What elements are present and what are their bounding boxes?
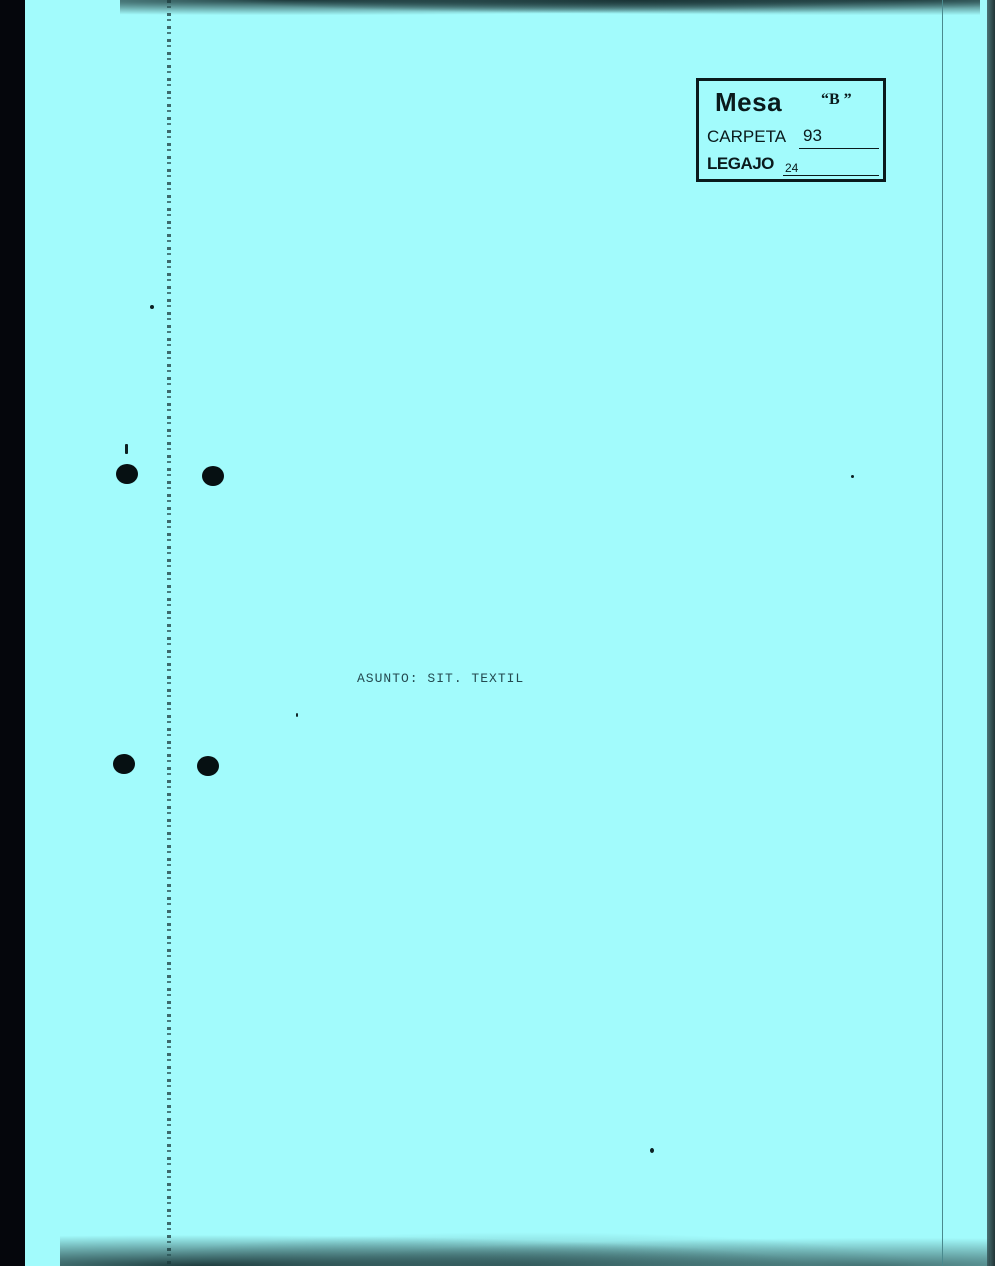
stamp-series: “B ” (821, 91, 852, 109)
speck (150, 305, 154, 309)
bottom-edge-wear (60, 1226, 990, 1266)
stamp-legajo-value: 24 (785, 161, 798, 175)
folder-fold-line (167, 0, 171, 1266)
stamp-carpeta-line (799, 148, 879, 149)
scan-right-border (987, 0, 995, 1266)
speck (296, 713, 298, 717)
subject-line: ASUNTO: SIT. TEXTIL (357, 671, 524, 686)
stamp-legajo-label: LEGAJO (707, 154, 774, 174)
stamp-title: Mesa (715, 87, 782, 118)
stamp-legajo-line (783, 175, 879, 176)
punch-hole (116, 464, 138, 484)
punch-hole (202, 466, 224, 486)
scan-left-border (0, 0, 25, 1266)
archive-stamp: Mesa “B ” CARPETA 93 LEGAJO 24 (696, 78, 886, 182)
stamp-carpeta-label: CARPETA (707, 127, 786, 147)
right-fold-line (942, 0, 943, 1266)
speck (650, 1148, 654, 1153)
speck (851, 475, 854, 478)
stamp-carpeta-value: 93 (803, 126, 822, 146)
punch-hole (113, 754, 135, 774)
top-edge-wear (120, 0, 980, 18)
speck (125, 444, 128, 454)
punch-hole (197, 756, 219, 776)
